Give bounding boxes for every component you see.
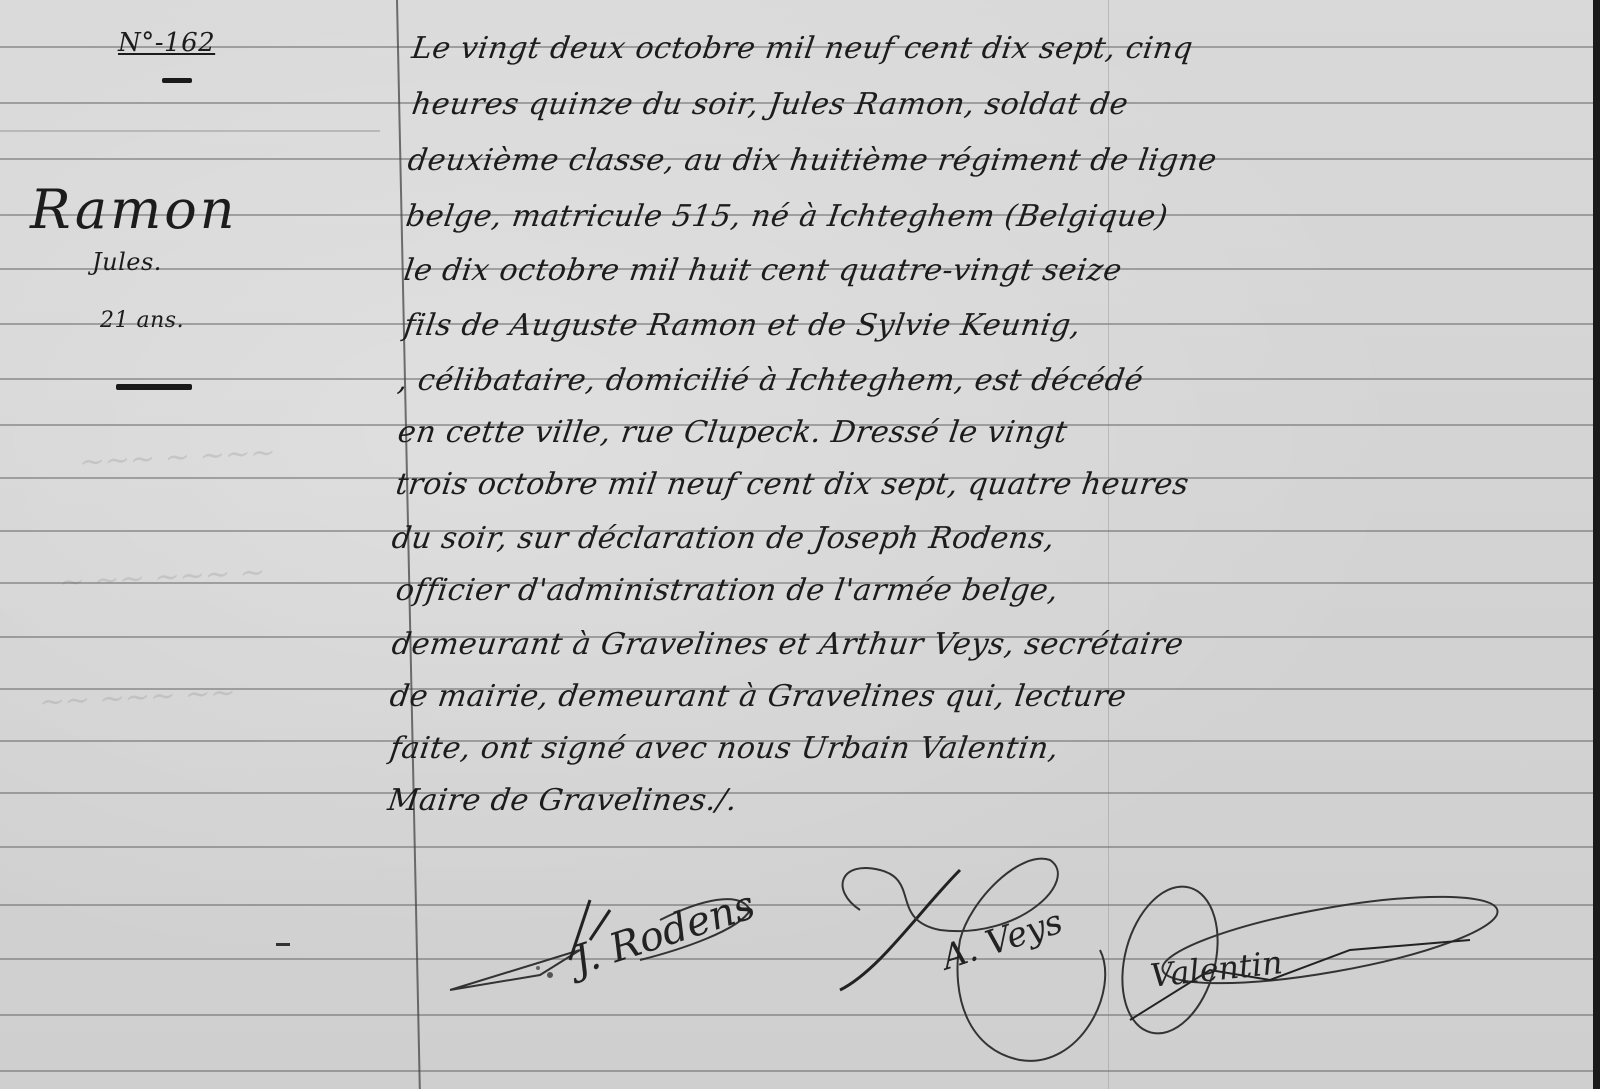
margin-age: 21 ans. bbox=[100, 308, 184, 333]
signature-valentin: Valentin bbox=[1090, 880, 1510, 1044]
act-number: N°-162 bbox=[118, 28, 215, 58]
margin-dash bbox=[276, 943, 290, 946]
act-number-underline bbox=[162, 78, 192, 83]
body-line-8: en cette ville, rue Clupeck. Dressé le v… bbox=[396, 418, 1069, 448]
body-line-11: officier d'administration de l'armée bel… bbox=[394, 576, 1060, 606]
scan-edge bbox=[1593, 0, 1600, 1089]
body-line-6: fils de Auguste Ramon et de Sylvie Keuni… bbox=[402, 311, 1083, 341]
body-line-3: deuxième classe, au dix huitième régimen… bbox=[406, 146, 1219, 176]
margin-surname: Ramon bbox=[30, 178, 238, 241]
bleed-through: ~~~ ~ ~~~ bbox=[78, 435, 277, 480]
ruled-line bbox=[0, 130, 380, 132]
ruled-line bbox=[0, 1070, 1593, 1072]
signature-rodens: J. Rodens bbox=[440, 880, 820, 1024]
margin-separator bbox=[116, 384, 192, 390]
margin-given-name: Jules. bbox=[92, 248, 162, 276]
bleed-through: ~~ ~~~ ~~ bbox=[38, 675, 237, 720]
body-line-2: heures quinze du soir, Jules Ramon, sold… bbox=[410, 90, 1130, 120]
body-line-14: faite, ont signé avec nous Urbain Valent… bbox=[388, 734, 1061, 764]
bleed-through: ~ ~~ ~~~ ~ bbox=[58, 555, 267, 601]
ruled-line bbox=[0, 792, 1593, 794]
register-page: ~~~ ~ ~~~ ~ ~~ ~~~ ~ ~~ ~~~ ~~ N°-162 Ra… bbox=[0, 0, 1593, 1089]
body-line-1: Le vingt deux octobre mil neuf cent dix … bbox=[410, 34, 1195, 64]
body-line-12: demeurant à Gravelines et Arthur Veys, s… bbox=[390, 630, 1186, 660]
body-line-4: belge, matricule 515, né à Ichteghem (Be… bbox=[404, 202, 1170, 232]
body-line-10: du soir, sur déclaration de Joseph Roden… bbox=[390, 524, 1057, 554]
body-line-15: Maire de Gravelines./. bbox=[386, 786, 739, 816]
body-line-7: , célibataire, domicilié à Ichteghem, es… bbox=[396, 366, 1145, 396]
body-line-13: de mairie, demeurant à Gravelines qui, l… bbox=[388, 682, 1128, 712]
body-line-5: le dix octobre mil huit cent quatre-ving… bbox=[402, 256, 1124, 286]
body-line-9: trois octobre mil neuf cent dix sept, qu… bbox=[394, 470, 1191, 500]
ruled-line bbox=[0, 846, 1593, 848]
